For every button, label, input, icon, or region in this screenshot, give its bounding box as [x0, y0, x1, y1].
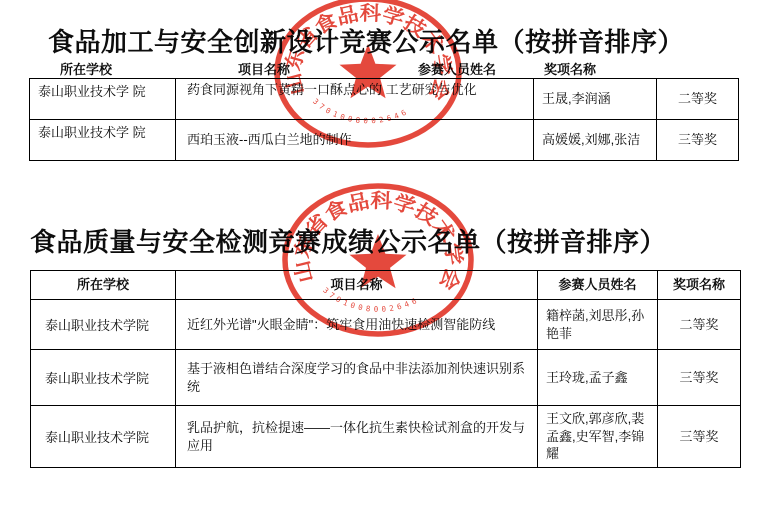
project-cell: 乳品护航，抗检提速——一体化抗生素快检试剂盒的开发与应用 — [176, 406, 538, 468]
award-cell: 二等奖 — [658, 300, 741, 350]
school-cell: 泰山职业技术学 院 — [30, 79, 176, 120]
school-cell: 泰山职业技术学院 — [31, 350, 176, 406]
members-cell: 王文欣,郭彦欣,裴孟鑫,史军智,李锦耀 — [538, 406, 658, 468]
school-cell: 泰山职业技术学院 — [31, 300, 176, 350]
project-cell: 近红外光谱"火眼金睛"：筑牢食用油快速检测智能防线 — [176, 300, 538, 350]
members-cell: 高媛媛,刘娜,张洁 — [534, 120, 657, 161]
award-cell: 三等奖 — [658, 406, 741, 468]
table-row: 泰山职业技术学院 乳品护航，抗检提速——一体化抗生素快检试剂盒的开发与应用 王文… — [31, 406, 741, 468]
project-cell: 西珀玉液--西瓜白兰地的制作 — [176, 120, 534, 161]
members-cell: 籍梓菡,刘思彤,孙艳菲 — [538, 300, 658, 350]
school-cell: 泰山职业技术学 院 — [30, 120, 176, 161]
table-row: 泰山职业技术学院 近红外光谱"火眼金睛"：筑牢食用油快速检测智能防线 籍梓菡,刘… — [31, 300, 741, 350]
table2-awards: 所在学校 项目名称 参赛人员姓名 奖项名称 泰山职业技术学院 近红外光谱"火眼金… — [30, 270, 741, 468]
table-row: 泰山职业技术学 院 药食同源视角下黄精一口酥点心的 工艺研究与优化 王晟,李润涵… — [30, 79, 739, 120]
table1-header-school: 所在学校 — [60, 59, 112, 78]
table1-header-members: 参赛人员姓名 — [418, 59, 496, 78]
award-cell: 二等奖 — [657, 79, 739, 120]
table1-header-award: 奖项名称 — [544, 59, 596, 78]
document-page: 食品加工与安全创新设计竞赛公示名单（按拼音排序） 所在学校 项目名称 参赛人员姓… — [0, 0, 759, 516]
members-cell: 王玲珑,孟子鑫 — [538, 350, 658, 406]
section1-title: 食品加工与安全创新设计竞赛公示名单（按拼音排序） — [48, 22, 684, 59]
members-cell: 王晟,李润涵 — [534, 79, 657, 120]
table-row: 泰山职业技术学院 基于液相色谱结合深度学习的食品中非法添加剂快速识别系统 王玲珑… — [31, 350, 741, 406]
table-row: 泰山职业技术学 院 西珀玉液--西瓜白兰地的制作 高媛媛,刘娜,张洁 三等奖 — [30, 120, 739, 161]
award-cell: 三等奖 — [658, 350, 741, 406]
project-cell: 基于液相色谱结合深度学习的食品中非法添加剂快速识别系统 — [176, 350, 538, 406]
table2-header-award: 奖项名称 — [658, 271, 741, 300]
table1-awards: 泰山职业技术学 院 药食同源视角下黄精一口酥点心的 工艺研究与优化 王晟,李润涵… — [29, 78, 739, 161]
table2-header-project: 项目名称 — [176, 271, 538, 300]
table2-header-members: 参赛人员姓名 — [538, 271, 658, 300]
project-cell: 药食同源视角下黄精一口酥点心的 工艺研究与优化 — [176, 79, 534, 120]
table1-header-project: 项目名称 — [238, 59, 290, 78]
table2-header-school: 所在学校 — [31, 271, 176, 300]
school-cell: 泰山职业技术学院 — [31, 406, 176, 468]
award-cell: 三等奖 — [657, 120, 739, 161]
section2-title: 食品质量与安全检测竞赛成绩公示名单（按拼音排序） — [30, 222, 666, 259]
table-header-row: 所在学校 项目名称 参赛人员姓名 奖项名称 — [31, 271, 741, 300]
